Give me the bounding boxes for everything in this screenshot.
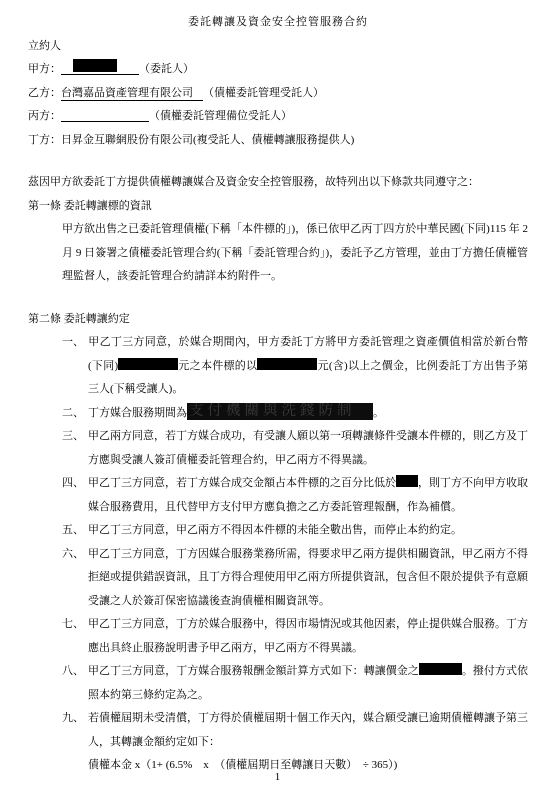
party-name: 日昇金互聯網股份有限公司(複受託人、債權轉讓服務提供人) [61, 134, 354, 146]
clause-number: 五、 [62, 519, 88, 543]
clause-number: 七、 [62, 613, 88, 637]
redaction-box [257, 358, 317, 370]
article1-body: 甲方欲出售之已委託管理債權(下稱「本件標的」)，係已依甲乙丙丁四方於中華民國(下… [62, 218, 528, 289]
party-name: 台灣嘉品資產管理有限公司 [61, 87, 203, 101]
blank-underline [61, 108, 149, 122]
party-line: 乙方：台灣嘉品資產管理有限公司（債權委託管理受託人） [28, 82, 528, 106]
clause-item: 三、甲乙兩方同意，若丁方媒合成功，有受讓人願以第一項轉讓條件受讓本件標的，則乙方… [28, 425, 528, 472]
clause-number: 六、 [62, 543, 88, 567]
clause-item: 八、甲乙丁三方同意，丁方媒合服務報酬金額計算方式如下：轉讓價金之。撥付方式依照本… [28, 660, 528, 707]
party-role: （債權委託管理受託人） [203, 87, 324, 99]
clause-number: 九、 [62, 707, 88, 731]
redaction-box [118, 358, 178, 370]
clause-number: 四、 [62, 472, 88, 496]
clause-number: 一、 [62, 331, 88, 355]
article1-heading: 第一條 委託轉讓標的資訊 [28, 195, 528, 219]
clause-item: 四、甲乙丁三方同意，若丁方媒合成交金額占本件標的之百分比低於，則丁方不向甲方收取… [28, 472, 528, 519]
clause-number: 三、 [62, 425, 88, 449]
preamble: 茲因甲方欲委託丁方提供債權轉讓媒合及資金安全控管服務，故特列出以下條款共同遵守之… [28, 171, 528, 195]
clause-number: 二、 [62, 402, 88, 426]
redaction-box [419, 663, 462, 675]
party-line: 丁方：日昇金互聯網股份有限公司(複受託人、債權轉讓服務提供人) [28, 129, 528, 153]
article2-heading: 第二條 委託轉讓約定 [28, 308, 528, 332]
blank-underline [61, 61, 139, 75]
party-role: （債權委託管理備位受託人） [149, 110, 292, 122]
clause-item: 二、丁方媒合服務期間為支付機關與洗錢防制。 [28, 402, 528, 426]
parties-list: 甲方：（委託人）乙方：台灣嘉品資產管理有限公司（債權委託管理受託人）丙方：（債權… [28, 58, 528, 152]
page-number: 1 [0, 766, 555, 790]
party-label: 甲方： [28, 63, 61, 75]
redaction-overlay: 支付機關與洗錢防制 [187, 403, 373, 420]
party-role: （委託人） [139, 63, 194, 75]
contract-page: 委託轉讓及資金安全控管服務合約 立約人 甲方：（委託人）乙方：台灣嘉品資產管理有… [0, 0, 555, 799]
clause-item: 一、甲乙丁三方同意，於媒合期間內，甲方委託丁方將甲方委託管理之資產價值相當於新台… [28, 331, 528, 402]
document-title: 委託轉讓及資金安全控管服務合約 [28, 11, 528, 35]
redaction-box [396, 475, 418, 487]
party-label: 乙方： [28, 87, 61, 99]
party-label: 丁方： [28, 134, 61, 146]
clause-item: 五、甲乙丁三方同意，甲乙兩方不得因本件標的未能全數出售，而停止本約約定。 [28, 519, 528, 543]
party-line: 丙方：（債權委託管理備位受託人） [28, 105, 528, 129]
parties-heading: 立約人 [28, 35, 528, 59]
party-line: 甲方：（委託人） [28, 58, 528, 82]
redaction-box [73, 59, 117, 72]
clause-item: 六、甲乙丁三方同意，丁方因媒合服務業務所需，得要求甲乙兩方提供相關資訊，甲乙兩方… [28, 543, 528, 614]
party-label: 丙方： [28, 110, 61, 122]
article2-items: 一、甲乙丁三方同意，於媒合期間內，甲方委託丁方將甲方委託管理之資產價值相當於新台… [28, 331, 528, 778]
clause-number: 八、 [62, 660, 88, 684]
clause-item: 七、甲乙丁三方同意，丁方於媒合服務中，得因市場情況或其他因素，停止提供媒合服務。… [28, 613, 528, 660]
